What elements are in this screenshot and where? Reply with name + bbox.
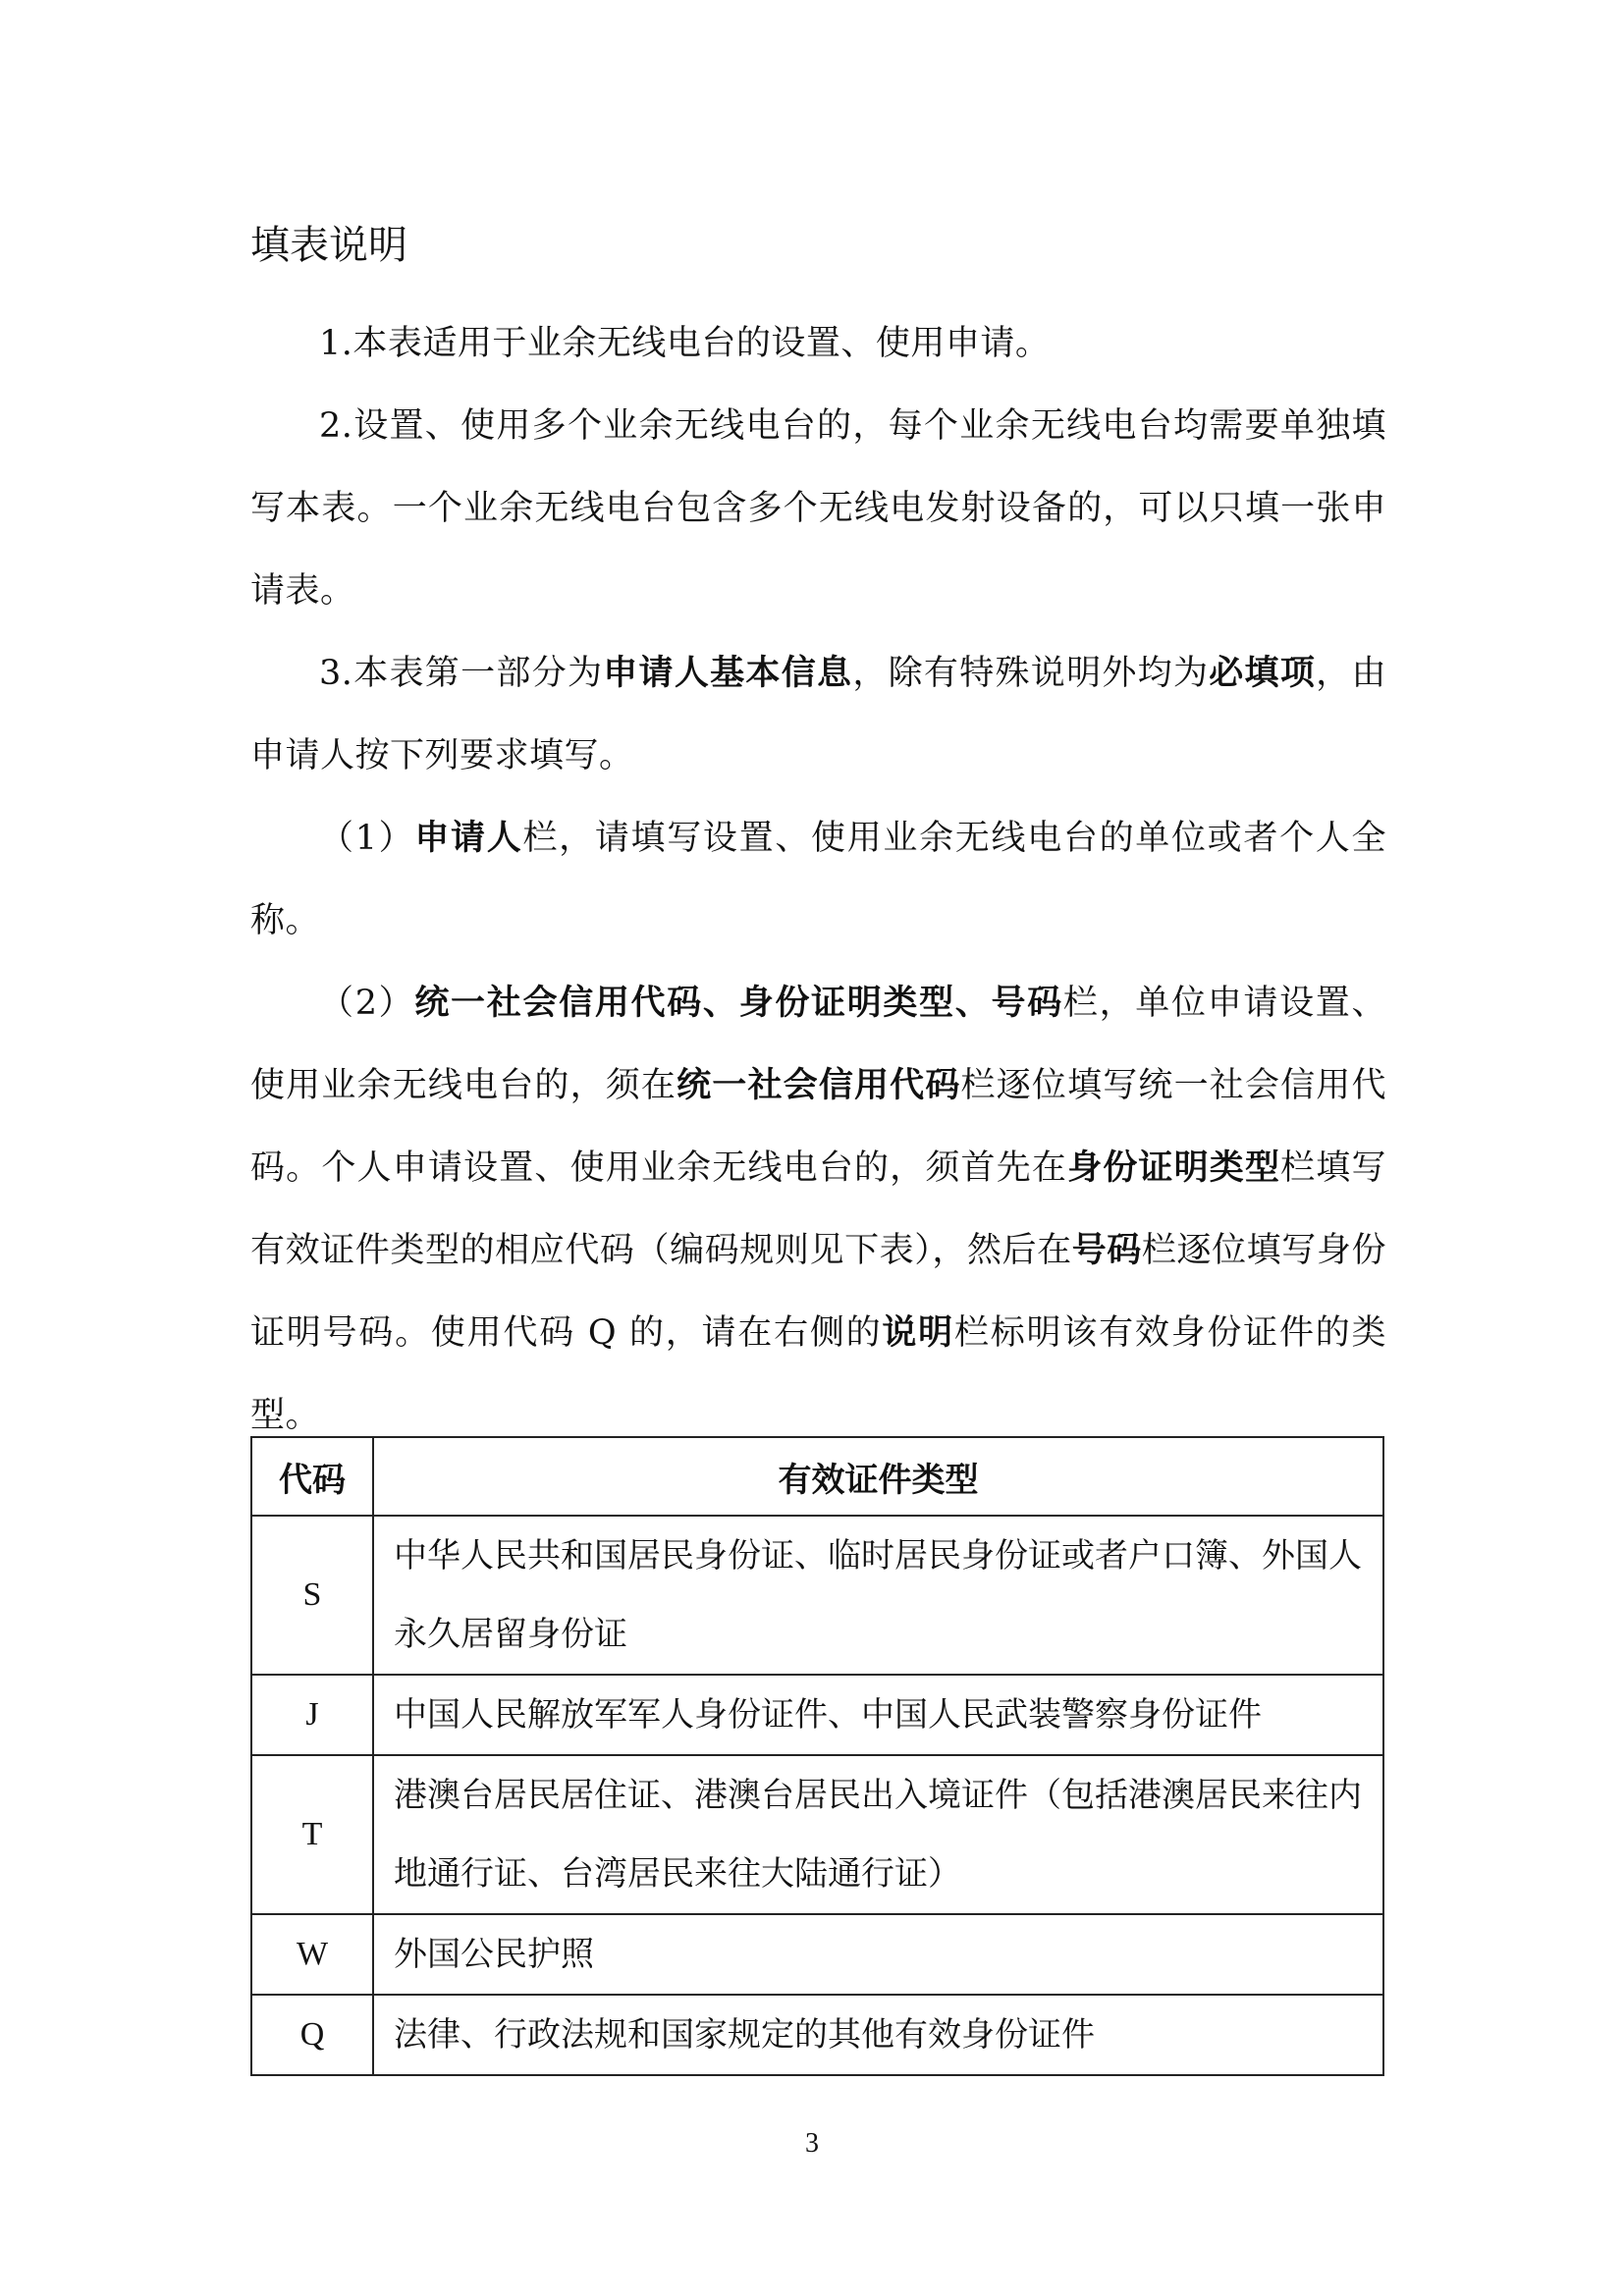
instructions-body: 1.本表适用于业余无线电台的设置、使用申请。 2.设置、使用多个业余无线电台的，… (250, 302, 1386, 1457)
text-run: （2） (319, 984, 414, 1023)
text-run: （1） (319, 819, 414, 858)
emphasized-term: 统一社会信用代码 (677, 1065, 960, 1105)
instruction-item-1: 1.本表适用于业余无线电台的设置、使用申请。 (250, 302, 1386, 385)
instruction-subitem-2: （2）统一社会信用代码、身份证明类型、号码栏，单位申请设置、使用业余无线电台的，… (250, 962, 1386, 1457)
code-cell: T (251, 1755, 373, 1914)
instruction-item-2: 2.设置、使用多个业余无线电台的，每个业余无线电台均需要单独填写本表。一个业余无… (250, 385, 1386, 632)
page-title: 填表说明 (250, 218, 407, 273)
page-number: 3 (0, 2128, 1624, 2160)
table-row: J 中国人民解放军军人身份证件、中国人民武装警察身份证件 (251, 1675, 1383, 1755)
id-type-cell: 法律、行政法规和国家规定的其他有效身份证件 (373, 1995, 1383, 2075)
emphasized-term: 申请人基本信息 (603, 653, 852, 693)
text-run: 3.本表第一部分为 (319, 654, 603, 693)
text-run: ，除有特殊说明外均为 (852, 654, 1209, 693)
table-row: W 外国公民护照 (251, 1914, 1383, 1995)
emphasized-term: 身份证明类型 (1067, 1148, 1280, 1188)
code-cell: S (251, 1516, 373, 1675)
table-row: Q 法律、行政法规和国家规定的其他有效身份证件 (251, 1995, 1383, 2075)
id-type-cell: 外国公民护照 (373, 1914, 1383, 1995)
emphasized-term: 说明 (882, 1312, 954, 1353)
emphasized-term: 号码 (1072, 1230, 1142, 1270)
code-cell: Q (251, 1995, 373, 2075)
id-type-code-table: 代码 有效证件类型 S 中华人民共和国居民身份证、临时居民身份证或者户口簿、外国… (250, 1436, 1384, 2076)
code-cell: W (251, 1914, 373, 1995)
code-cell: J (251, 1675, 373, 1755)
emphasized-term: 申请人 (414, 818, 522, 858)
id-type-cell: 中华人民共和国居民身份证、临时居民身份证或者户口簿、外国人永久居留身份证 (373, 1516, 1383, 1675)
emphasized-term: 必填项 (1209, 653, 1316, 693)
table-row: T 港澳台居民居住证、港澳台居民出入境证件（包括港澳居民来往内地通行证、台湾居民… (251, 1755, 1383, 1914)
id-type-cell: 港澳台居民居住证、港澳台居民出入境证件（包括港澳居民来往内地通行证、台湾居民来往… (373, 1755, 1383, 1914)
text-run: 1.本表适用于业余无线电台的设置、使用申请。 (319, 324, 1050, 363)
id-type-cell: 中国人民解放军军人身份证件、中国人民武装警察身份证件 (373, 1675, 1383, 1755)
header-code: 代码 (251, 1437, 373, 1516)
text-run: 2.设置、使用多个业余无线电台的，每个业余无线电台均需要单独填写本表。一个业余无… (250, 406, 1386, 611)
header-id-type: 有效证件类型 (373, 1437, 1383, 1516)
table-header-row: 代码 有效证件类型 (251, 1437, 1383, 1516)
instruction-subitem-1: （1）申请人栏，请填写设置、使用业余无线电台的单位或者个人全称。 (250, 797, 1386, 962)
table-row: S 中华人民共和国居民身份证、临时居民身份证或者户口簿、外国人永久居留身份证 (251, 1516, 1383, 1675)
emphasized-term: 统一社会信用代码、身份证明类型、号码 (414, 983, 1063, 1023)
instruction-item-3: 3.本表第一部分为申请人基本信息，除有特殊说明外均为必填项，由申请人按下列要求填… (250, 632, 1386, 797)
